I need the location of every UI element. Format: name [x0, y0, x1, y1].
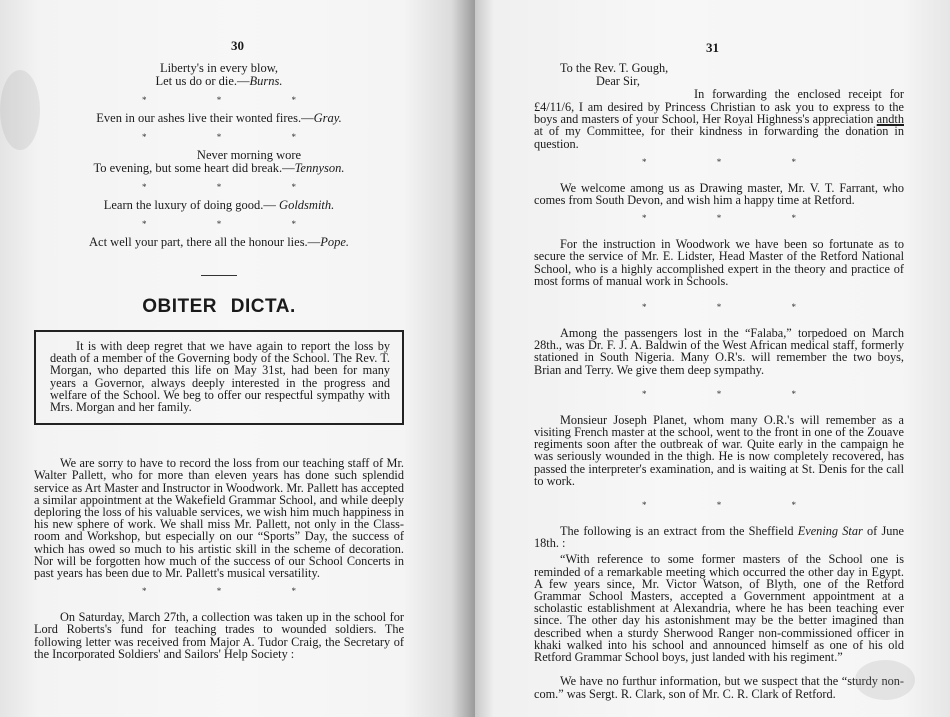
page-30: 30 Liberty's in every blow, Let us do or…: [0, 0, 475, 717]
verse-pope: Act well your part, there all the honour…: [34, 236, 404, 249]
section-heading: OBITER DICTA.: [34, 296, 404, 318]
separator-stars: * * *: [68, 131, 404, 143]
separator-stars: * * *: [68, 585, 404, 597]
separator-stars: * * *: [68, 181, 404, 193]
page-number: 30: [0, 38, 475, 54]
left-page-content: Liberty's in every blow, Let us do or di…: [34, 62, 404, 660]
letter-body: £4/11/6, I am desired by Princess Christ…: [534, 101, 904, 150]
page-31: 31 To the Rev. T. Gough, Dear Sir, In fo…: [475, 0, 950, 717]
letter-addressee: To the Rev. T. Gough,: [534, 62, 904, 75]
extract-quote: “With reference to some former masters o…: [534, 553, 904, 663]
newspaper-title: Evening Star: [798, 524, 863, 538]
separator-stars: * * *: [568, 499, 904, 511]
verse-line: Let us do or die.—: [155, 74, 249, 88]
page-number: 31: [475, 40, 950, 56]
verse-author: Goldsmith.: [279, 198, 334, 212]
obituary-box: It is with deep regret that we have agai…: [34, 330, 404, 425]
verse-line: To evening, but some heart did break.—: [93, 161, 294, 175]
separator-stars: * * *: [568, 156, 904, 168]
verse-line: Act well your part, there all the honour…: [89, 235, 320, 249]
letter-body-text: at of my Committee, for their kindness i…: [534, 124, 904, 150]
separator-stars: * * *: [568, 212, 904, 224]
separator-stars: * * *: [568, 388, 904, 400]
separator-stars: * * *: [68, 218, 404, 230]
letter: To the Rev. T. Gough, Dear Sir, In forwa…: [534, 62, 904, 150]
verse-tennyson: Never morning wore To evening, but some …: [34, 149, 404, 175]
verse-gray: Even in our ashes live their wonted fire…: [34, 112, 404, 125]
page-smudge: [855, 660, 915, 700]
verse-author: Burns.: [250, 74, 283, 88]
right-page-content: To the Rev. T. Gough, Dear Sir, In forwa…: [534, 62, 904, 700]
verse-burns: Liberty's in every blow, Let us do or di…: [34, 62, 404, 88]
extract-intro-text: The following is an extract from the She…: [560, 524, 798, 538]
verse-author: Pope.: [320, 235, 349, 249]
verse-goldsmith: Learn the luxury of doing good.— Goldsmi…: [34, 199, 404, 212]
section-rule: [201, 275, 237, 276]
separator-stars: * * *: [68, 94, 404, 106]
verse-line: Learn the luxury of doing good.—: [104, 198, 279, 212]
paragraph-collection: On Saturday, March 27th, a collection wa…: [34, 611, 404, 660]
separator-stars: * * *: [568, 301, 904, 313]
verse-author: Gray.: [314, 111, 342, 125]
paragraph-extract-intro: The following is an extract from the She…: [534, 525, 904, 549]
paragraph-pallett: We are sorry to have to record the loss …: [34, 457, 404, 579]
letter-body-text: £4/11/6, I am desired by Princess Christ…: [534, 100, 904, 126]
book-spread: 30 Liberty's in every blow, Let us do or…: [0, 0, 950, 717]
paragraph-falaba: Among the passengers lost in the “Falaba…: [534, 327, 904, 376]
obituary-text: It is with deep regret that we have agai…: [50, 340, 390, 413]
verse-line: Even in our ashes live their wonted fire…: [96, 111, 313, 125]
paragraph-farrant: We welcome among us as Drawing master, M…: [534, 182, 904, 206]
paragraph-lidster: For the instruction in Woodwork we have …: [534, 238, 904, 287]
paragraph-closing: We have no furthur information, but we s…: [534, 675, 904, 699]
verse-author: Tennyson.: [295, 161, 345, 175]
paragraph-planet: Monsieur Joseph Planet, whom many O.R.'s…: [534, 414, 904, 487]
